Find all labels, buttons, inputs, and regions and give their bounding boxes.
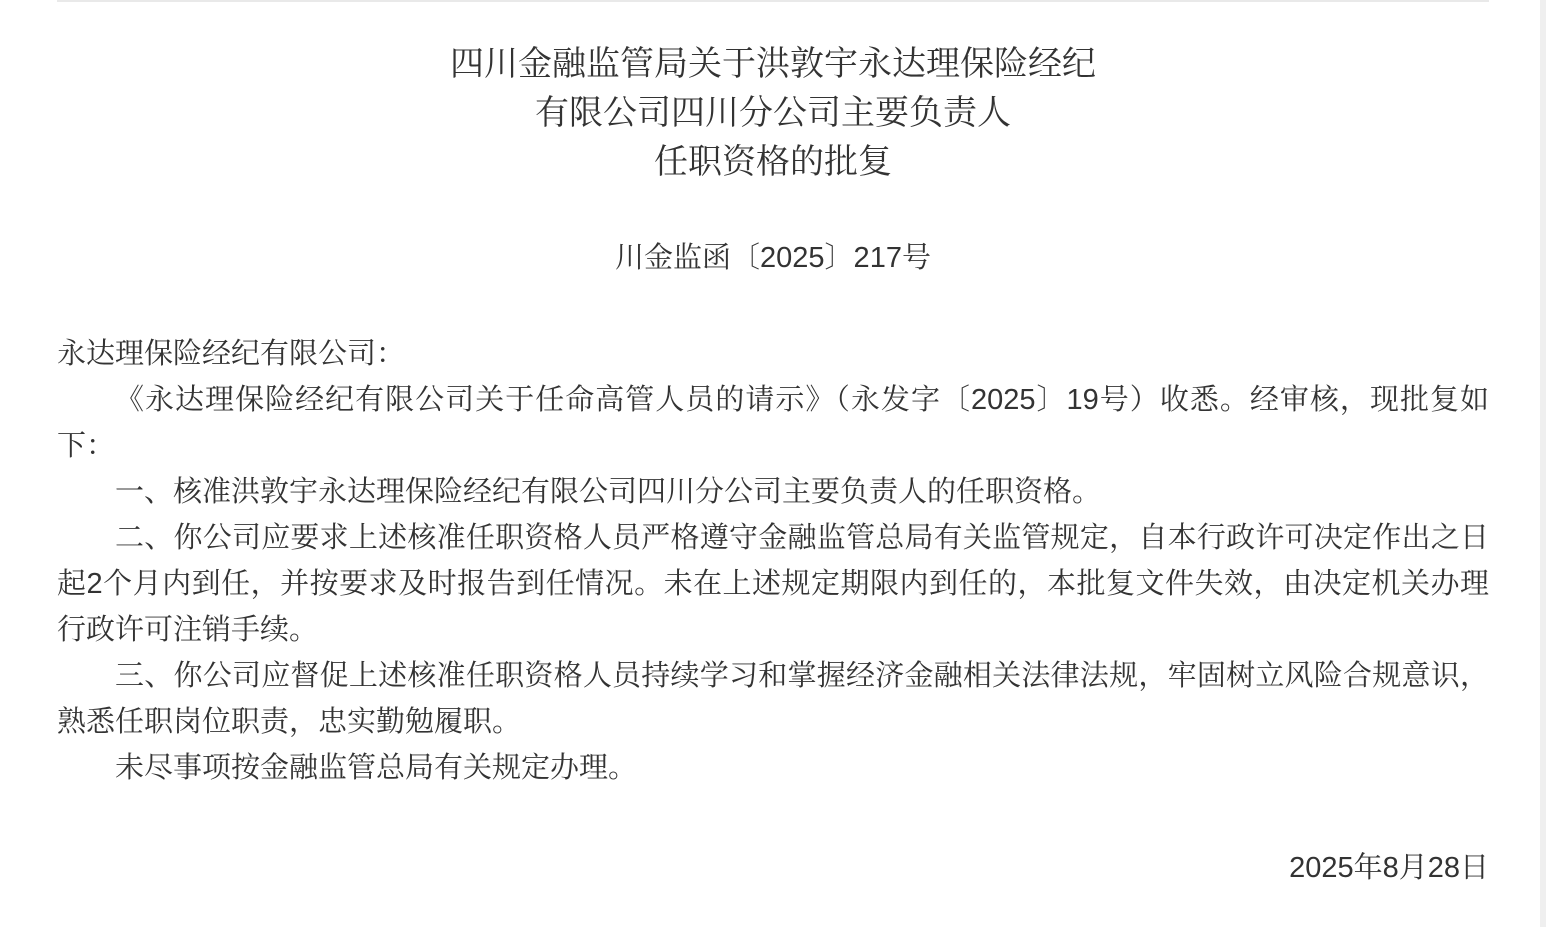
scrollbar-track[interactable]: [1540, 0, 1546, 927]
document-title: 四川金融监管局关于洪敦宇永达理保险经纪 有限公司四川分公司主要负责人 任职资格的…: [57, 40, 1489, 187]
document-number: 川金监函〔2025〕217号: [57, 235, 1489, 281]
document-content: 四川金融监管局关于洪敦宇永达理保险经纪 有限公司四川分公司主要负责人 任职资格的…: [57, 0, 1489, 891]
document-title-line-2: 有限公司四川分公司主要负责人: [57, 89, 1489, 138]
paragraph-item-1: 一、核准洪敦宇永达理保险经纪有限公司四川分公司主要负责人的任职资格。: [57, 469, 1489, 515]
document-date: 2025年8月28日: [57, 845, 1489, 891]
document-page: 四川金融监管局关于洪敦宇永达理保险经纪 有限公司四川分公司主要负责人 任职资格的…: [0, 0, 1546, 927]
paragraph-intro: 《永达理保险经纪有限公司关于任命高管人员的请示》（永发字〔2025〕19号）收悉…: [57, 377, 1489, 469]
document-body: 永达理保险经纪有限公司： 《永达理保险经纪有限公司关于任命高管人员的请示》（永发…: [57, 331, 1489, 891]
paragraph-closing: 未尽事项按金融监管总局有关规定办理。: [57, 745, 1489, 791]
salutation: 永达理保险经纪有限公司：: [57, 331, 1489, 377]
document-title-line-1: 四川金融监管局关于洪敦宇永达理保险经纪: [57, 40, 1489, 89]
paragraph-item-2: 二、你公司应要求上述核准任职资格人员严格遵守金融监管总局有关监管规定，自本行政许…: [57, 515, 1489, 653]
document-title-line-3: 任职资格的批复: [57, 138, 1489, 187]
paragraph-item-3: 三、你公司应督促上述核准任职资格人员持续学习和掌握经济金融相关法律法规，牢固树立…: [57, 653, 1489, 745]
